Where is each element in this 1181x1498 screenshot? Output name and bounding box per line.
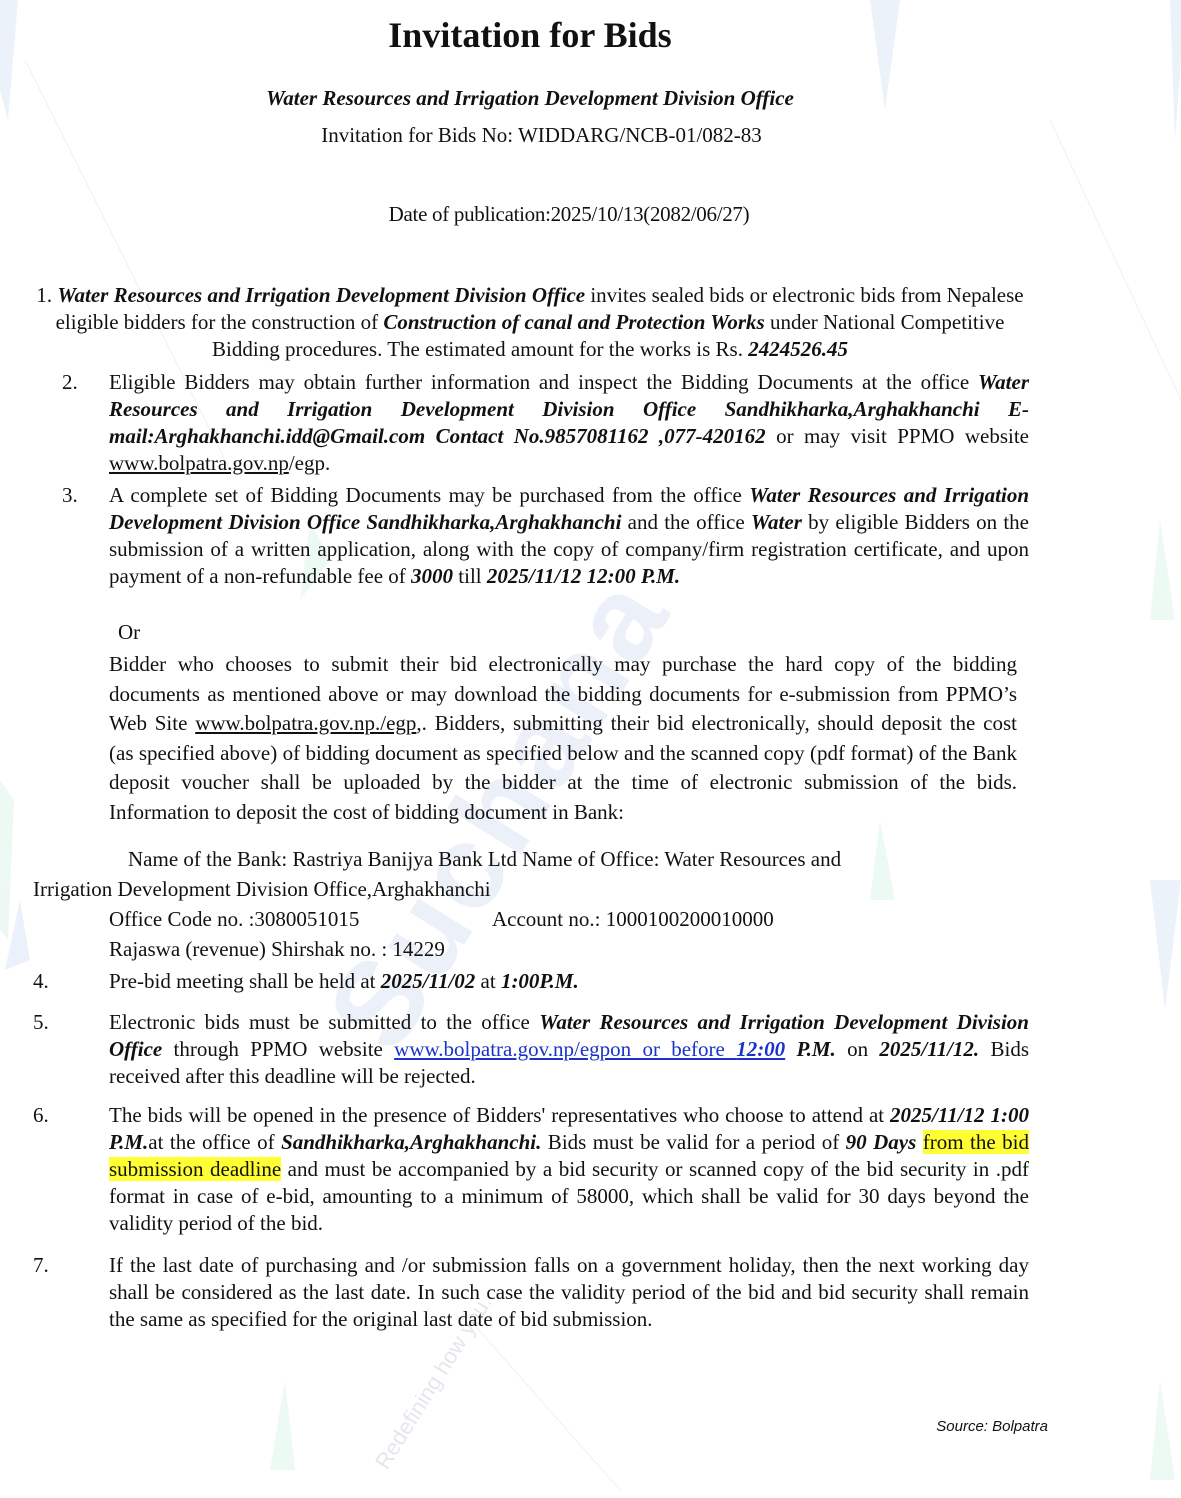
document-title: Invitation for Bids xyxy=(0,14,1060,56)
clause-number: 1. xyxy=(36,283,52,307)
link-text[interactable]: www.bolpatra.gov.np/egpon or before xyxy=(394,1037,736,1061)
clause-number: 3. xyxy=(62,482,78,509)
purchase-deadline: 2025/11/12 12:00 P.M. xyxy=(487,564,680,588)
clause-text: on xyxy=(836,1037,880,1061)
clause-text: and the office xyxy=(621,510,750,534)
bolpatra-egp-link[interactable]: www.bolpatra.gov.np./egp xyxy=(195,711,416,735)
estimated-amount: 2424526.45 xyxy=(748,337,848,361)
account-number: Account no.: 1000100200010000 xyxy=(492,906,774,933)
clause-number: 6. xyxy=(33,1102,49,1129)
clause-text: If the last date of purchasing and /or s… xyxy=(109,1253,1029,1331)
office-code: Office Code no. :3080051015 xyxy=(109,906,359,933)
clause-6: The bids will be opened in the presence … xyxy=(109,1102,1029,1237)
document-fee: 3000 xyxy=(411,564,453,588)
clause-1: 1. Water Resources and Irrigation Develo… xyxy=(30,282,1030,363)
prebid-date: 2025/11/02 xyxy=(381,969,476,993)
bolpatra-link[interactable]: www.bolpatra.gov.np xyxy=(109,451,289,475)
clause-number: 5. xyxy=(33,1009,49,1036)
clause-number: 4. xyxy=(33,968,49,995)
clause-text: at xyxy=(475,969,501,993)
clause-text: or may visit PPMO website xyxy=(766,424,1029,448)
clause-text: till xyxy=(453,564,487,588)
clause-text: The bids will be opened in the presence … xyxy=(109,1103,890,1127)
bank-name-line: Name of the Bank: Rastriya Banijya Bank … xyxy=(128,846,841,873)
clause-5: Electronic bids must be submitted to the… xyxy=(109,1009,1029,1090)
clause-text: Electronic bids must be submitted to the… xyxy=(109,1010,539,1034)
publication-date: Date of publication:2025/10/13(2082/06/2… xyxy=(0,202,1138,227)
clause-text: /egp. xyxy=(289,451,330,475)
prebid-time: 1:00P.M. xyxy=(501,969,579,993)
submission-pm: P.M. xyxy=(785,1037,836,1061)
clause-text: through PPMO website xyxy=(162,1037,394,1061)
office-name-inline: Water xyxy=(751,510,802,534)
office-name-inline: Water Resources and Irrigation Developme… xyxy=(57,283,585,307)
or-separator: Or xyxy=(118,619,140,646)
opening-place: Sandhikharka,Arghakhanchi. xyxy=(281,1130,541,1154)
clause-text: Eligible Bidders may obtain further info… xyxy=(109,370,978,394)
clause-text: Bids must be valid for a period of xyxy=(541,1130,845,1154)
clause-3: A complete set of Bidding Documents may … xyxy=(109,482,1029,590)
bank-office-line: Irrigation Development Division Office,A… xyxy=(33,876,491,903)
clause-2: Eligible Bidders may obtain further info… xyxy=(109,369,1029,477)
clause-text: at the office of xyxy=(148,1130,281,1154)
bolpatra-submission-link[interactable]: www.bolpatra.gov.np/egpon or before 12:0… xyxy=(394,1037,785,1061)
source-credit: Source: Bolpatra xyxy=(936,1418,1048,1435)
clause-text: A complete set of Bidding Documents may … xyxy=(109,483,749,507)
clause-number: 7. xyxy=(33,1252,49,1279)
works-name: Construction of canal and Protection Wor… xyxy=(383,310,764,334)
validity-days: 90 Days xyxy=(846,1130,917,1154)
revenue-heading: Rajaswa (revenue) Shirshak no. : 14229 xyxy=(109,936,445,963)
clause-7: If the last date of purchasing and /or s… xyxy=(109,1252,1029,1333)
ifb-number: Invitation for Bids No: WIDDARG/NCB-01/0… xyxy=(0,123,1083,148)
office-name: Water Resources and Irrigation Developme… xyxy=(0,86,1060,111)
clause-number: 2. xyxy=(62,369,78,396)
submission-date: 2025/11/12. xyxy=(879,1037,979,1061)
bid-notice-document: Invitation for Bids Water Resources and … xyxy=(0,0,1181,1498)
submission-time[interactable]: 12:00 xyxy=(736,1037,785,1061)
clause-3-electronic: Bidder who chooses to submit their bid e… xyxy=(109,650,1017,827)
clause-text: Pre-bid meeting shall be held at xyxy=(109,969,381,993)
clause-4: Pre-bid meeting shall be held at 2025/11… xyxy=(109,968,1029,995)
